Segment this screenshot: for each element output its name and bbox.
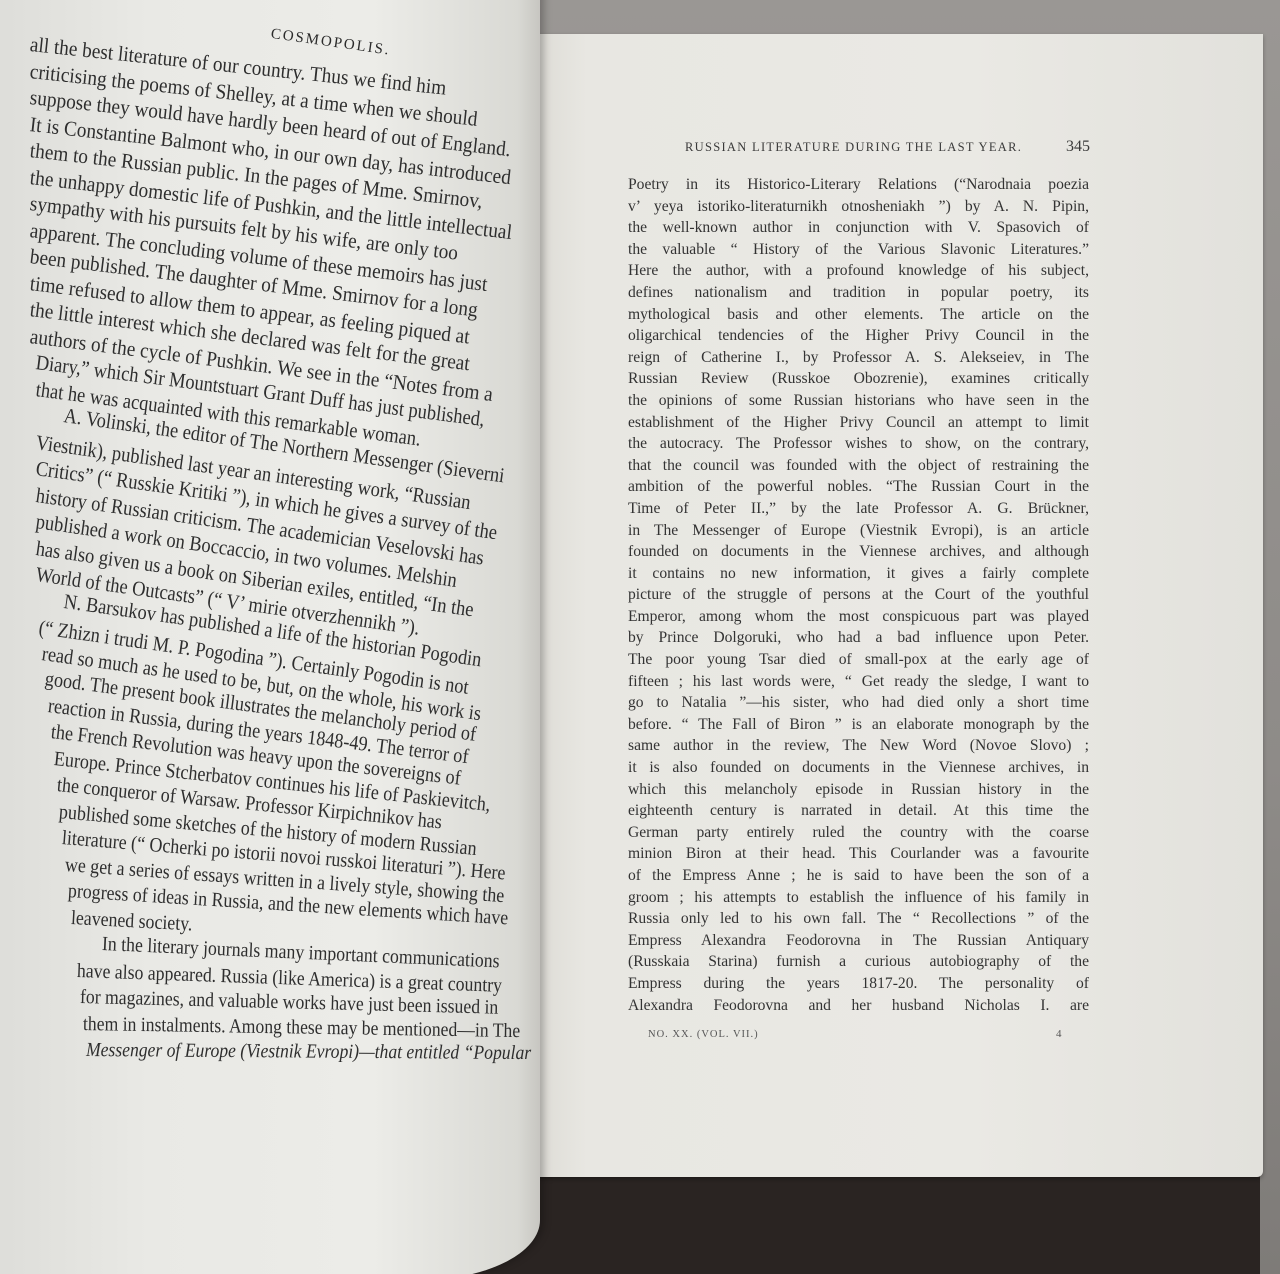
text-line: v’ yeya istoriko-literaturnikh otnosheni… (628, 196, 1089, 218)
text-line: it contains no new information, it gives… (628, 563, 1089, 585)
text-line: oligarchical tendencies of the Higher Pr… (628, 325, 1089, 347)
text-line: go to Natalia ”—his sister, who had died… (628, 692, 1089, 714)
text-line: mythological basis and other elements. T… (628, 304, 1089, 326)
text-line: in The Messenger of Europe (Viestnik Evr… (628, 520, 1089, 542)
text-line: of the Empress Anne ; he is said to have… (628, 865, 1089, 887)
right-running-head: RUSSIAN LITERATURE DURING THE LAST YEAR. (685, 140, 1022, 155)
page-number: 345 (1066, 138, 1090, 156)
text-line: Poetry in its Historico-Literary Relatio… (628, 174, 1089, 196)
text-line: minion Biron at their head. This Courlan… (628, 843, 1089, 865)
text-line: eighteenth century is narrated in detail… (628, 800, 1089, 822)
text-line: defines nationalism and tradition in pop… (628, 282, 1089, 304)
right-page-body: Poetry in its Historico-Literary Relatio… (628, 174, 1089, 1016)
text-line: German party entirely ruled the country … (628, 822, 1089, 844)
footer-signature: NO. XX. (VOL. VII.) (648, 1029, 759, 1040)
text-line: the opinions of some Russian historians … (628, 390, 1089, 412)
text-line: reign of Catherine I., by Professor A. S… (628, 347, 1089, 369)
text-line: same author in the review, The New Word … (628, 735, 1089, 757)
text-line: Empress Alexandra Feodorovna in The Russ… (628, 930, 1089, 952)
text-line: it is also founded on documents in the V… (628, 757, 1089, 779)
text-line: before. “ The Fall of Biron ” is an elab… (628, 714, 1089, 736)
text-line: Emperor, among whom the most conspicuous… (628, 606, 1089, 628)
text-line: ambition of the powerful nobles. “The Ru… (628, 476, 1089, 498)
text-line: the autocracy. The Professor wishes to s… (628, 433, 1089, 455)
text-line: Empress during the years 1817-20. The pe… (628, 973, 1089, 995)
text-line: establishment of the Higher Privy Counci… (628, 412, 1089, 434)
text-line: (Russkaia Starina) furnish a curious aut… (628, 951, 1089, 973)
text-line: the valuable “ History of the Various Sl… (628, 239, 1089, 261)
text-line: Alexandra Feodorovna and her husband Nic… (628, 995, 1089, 1017)
text-line: Russian Review (Russkoe Obozrenie), exam… (628, 368, 1089, 390)
text-line: Russia only led to his own fall. The “ R… (628, 908, 1089, 930)
text-line: The poor young Tsar died of small-pox at… (628, 649, 1089, 671)
text-line: that the council was founded with the ob… (628, 455, 1089, 477)
text-line: groom ; his attempts to establish the in… (628, 887, 1089, 909)
text-line: which this melancholy episode in Russian… (628, 779, 1089, 801)
footer-sheet-number: 4 (1056, 1028, 1062, 1040)
text-line: Here the author, with a profound knowled… (628, 260, 1089, 282)
text-line: by Prince Dolgoruki, who had a bad influ… (628, 627, 1089, 649)
text-line: the well-known author in conjunction wit… (628, 217, 1089, 239)
text-line: fifteen ; his last words were, “ Get rea… (628, 671, 1089, 693)
text-line: Time of Peter II.,” by the late Professo… (628, 498, 1089, 520)
text-line: Messenger of Europe (Viestnik Evropi)—th… (85, 1039, 530, 1065)
text-line: founded on documents in the Viennese arc… (628, 541, 1089, 563)
text-line: picture of the struggle of persons at th… (628, 584, 1089, 606)
